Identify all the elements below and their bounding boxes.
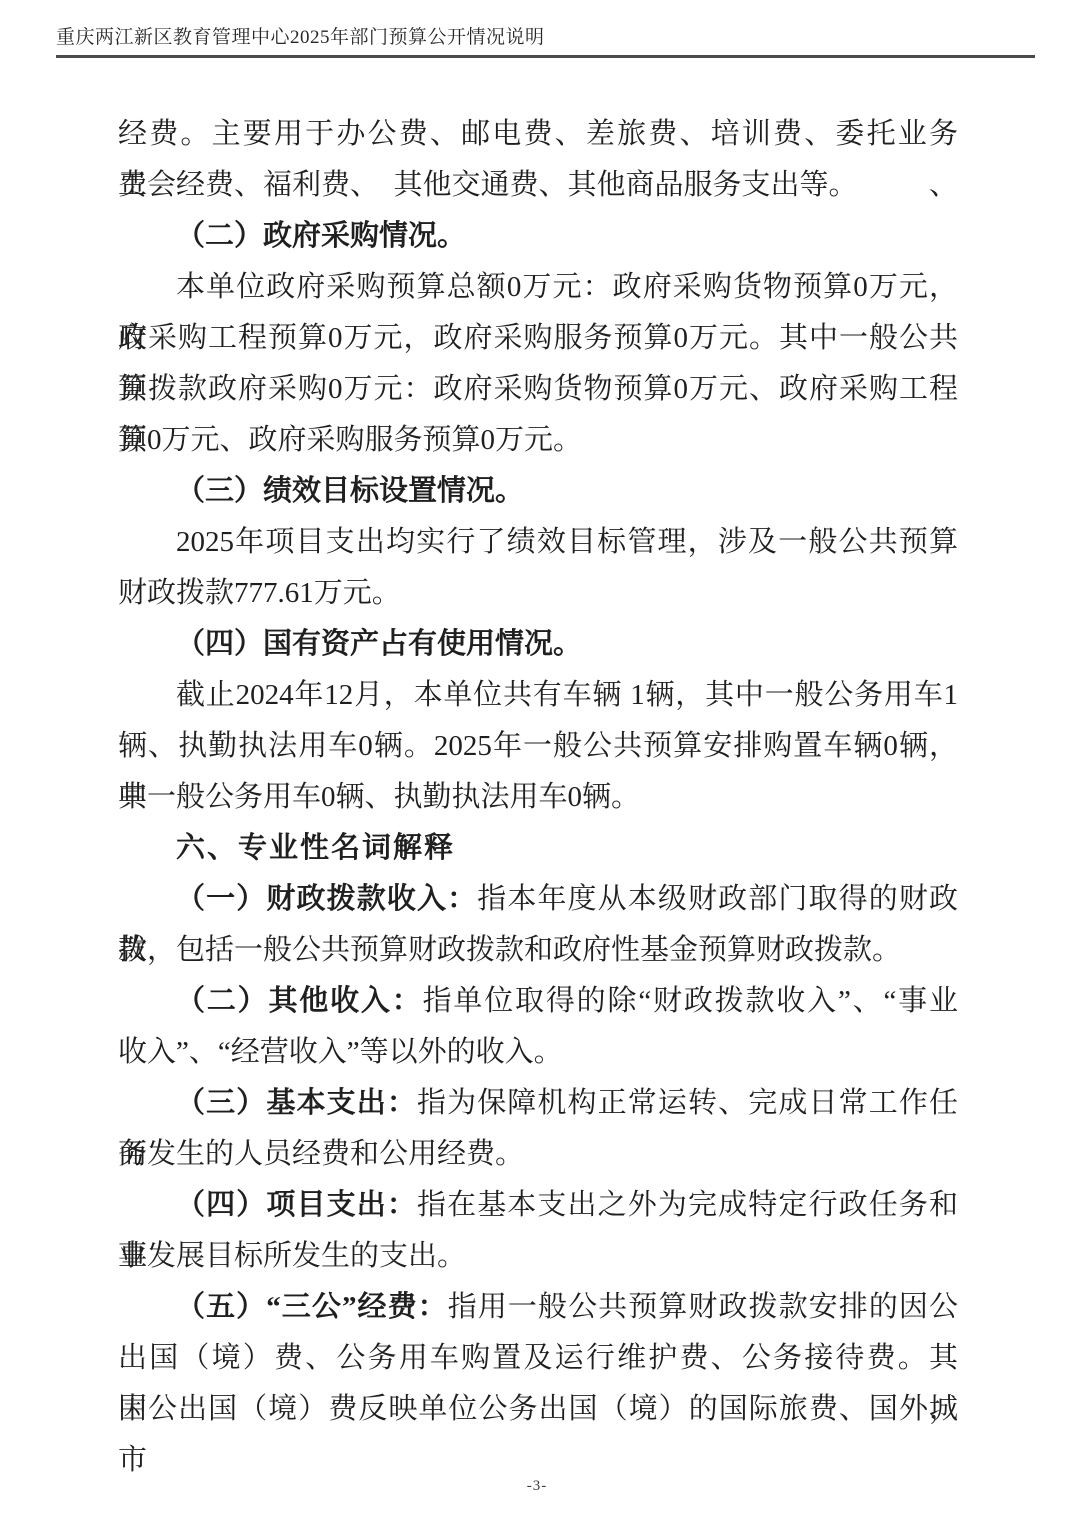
text-line: 因公出国（境）费反映单位公务出国（境）的国际旅费、国外城市: [118, 1384, 958, 1435]
text-run-bold: （一）财政拨款收入：: [176, 883, 477, 915]
text-run: 因公出国（境）费反映单位公务出国（境）的国际旅费、国外城市: [118, 1393, 958, 1476]
text-line: 出国（境）费、公务用车购置及运行维护费、公务接待费。其中，: [118, 1333, 958, 1384]
document-page: 重庆两江新区教育管理中心2025年部门预算公开情况说明 经费。主要用于办公费、邮…: [0, 0, 1074, 1520]
text-line: 算拨款政府采购0万元：政府采购货物预算0万元、政府采购工程预: [118, 364, 958, 415]
text-run: 指单位取得的除“财政拨款收入”、“事业: [423, 985, 958, 1017]
text-run: 工会经费、福利费、 其他交通费、其他商品服务支出等。: [118, 169, 858, 201]
text-line: 而发生的人员经费和公用经费。: [118, 1129, 958, 1180]
text-run-bold: （二）政府采购情况。: [176, 220, 466, 252]
text-run: 财政拨款777.61万元。: [118, 577, 401, 609]
text-line: （一）财政拨款收入：指本年度从本级财政部门取得的财政拨: [118, 874, 958, 925]
heading-line: （三）绩效目标设置情况。: [118, 466, 958, 517]
text-line: 算0万元、政府采购服务预算0万元。: [118, 415, 958, 466]
text-line: 辆、执勤执法用车0辆。2025年一般公共预算安排购置车辆0辆，其: [118, 721, 958, 772]
text-run-bold: （三）绩效目标设置情况。: [176, 475, 524, 507]
text-line: 2025年项目支出均实行了绩效目标管理，涉及一般公共预算: [118, 517, 958, 568]
text-line: 财政拨款777.61万元。: [118, 568, 958, 619]
text-run-bold: （五）“三公”经费：: [176, 1291, 448, 1323]
text-run-bold: 六、专业性名词解释: [176, 832, 455, 864]
text-run: 业发展目标所发生的支出。: [118, 1240, 466, 1272]
heading-line: 六、专业性名词解释: [118, 823, 958, 874]
text-line: （二）其他收入：指单位取得的除“财政拨款收入”、“事业: [118, 976, 958, 1027]
text-line: 中一般公务用车0辆、执勤执法用车0辆。: [118, 772, 958, 823]
text-line: （四）项目支出：指在基本支出之外为完成特定行政任务和事: [118, 1180, 958, 1231]
document-body: 经费。主要用于办公费、邮电费、差旅费、培训费、委托业务费、工会经费、福利费、 其…: [118, 109, 958, 1435]
header-title: 重庆两江新区教育管理中心2025年部门预算公开情况说明: [56, 27, 1035, 49]
text-line: 收入”、“经营收入”等以外的收入。: [118, 1027, 958, 1078]
heading-line: （四）国有资产占有使用情况。: [118, 619, 958, 670]
text-run-bold: （四）国有资产占有使用情况。: [176, 628, 582, 660]
text-line: （五）“三公”经费：指用一般公共预算财政拨款安排的因公: [118, 1282, 958, 1333]
heading-line: （二）政府采购情况。: [118, 211, 958, 262]
text-line: 本单位政府采购预算总额0万元：政府采购货物预算0万元，政: [118, 262, 958, 313]
text-line: （三）基本支出：指为保障机构正常运转、完成日常工作任务: [118, 1078, 958, 1129]
text-run: 款，包括一般公共预算财政拨款和政府性基金预算财政拨款。: [118, 934, 901, 966]
text-run: 中一般公务用车0辆、执勤执法用车0辆。: [118, 781, 640, 813]
text-run: 收入”、“经营收入”等以外的收入。: [118, 1036, 563, 1068]
text-line: 工会经费、福利费、 其他交通费、其他商品服务支出等。: [118, 160, 958, 211]
text-run: 而发生的人员经费和公用经费。: [118, 1138, 524, 1170]
text-run: 截止2024年12月，本单位共有车辆 1辆，其中一般公务用车1: [176, 679, 958, 711]
text-line: 截止2024年12月，本单位共有车辆 1辆，其中一般公务用车1: [118, 670, 958, 721]
text-line: 款，包括一般公共预算财政拨款和政府性基金预算财政拨款。: [118, 925, 958, 976]
text-run-bold: （四）项目支出：: [176, 1189, 417, 1221]
text-run: 2025年项目支出均实行了绩效目标管理，涉及一般公共预算: [176, 526, 958, 558]
text-line: 府采购工程预算0万元，政府采购服务预算0万元。其中一般公共预: [118, 313, 958, 364]
text-run: 指用一般公共预算财政拨款安排的因公: [448, 1291, 958, 1323]
text-line: 经费。主要用于办公费、邮电费、差旅费、培训费、委托业务费、: [118, 109, 958, 160]
text-run: 算0万元、政府采购服务预算0万元。: [118, 424, 582, 456]
text-run-bold: （二）其他收入：: [176, 985, 423, 1017]
text-line: 业发展目标所发生的支出。: [118, 1231, 958, 1282]
header-rule: [56, 55, 1035, 58]
text-run-bold: （三）基本支出：: [176, 1087, 417, 1119]
page-number: -3-: [0, 1478, 1074, 1495]
page-header: 重庆两江新区教育管理中心2025年部门预算公开情况说明: [56, 27, 1035, 58]
